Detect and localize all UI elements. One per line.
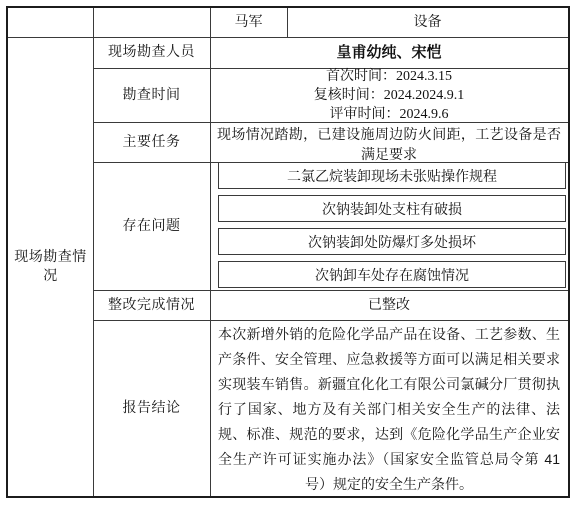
main-task-value-cell: 现场情况踏勘，已建设施周边防火间距，工艺设备是否满足要求 <box>210 122 568 162</box>
site-survey-report-page: 马军 设备 现场勘查情况 现场勘查人员 皇甫幼纯、宋恺 勘查时间 首次时间：20… <box>0 0 575 505</box>
problem-item: 次钠卸车处存在腐蚀情况 <box>218 261 566 288</box>
personnel-label-cell: 现场勘查人员 <box>93 37 210 68</box>
survey-time-label-cell: 勘查时间 <box>93 68 210 122</box>
problem-item: 二氯乙烷装卸现场未张贴操作规程 <box>218 162 566 189</box>
header-category-cell: 设备 <box>287 8 568 37</box>
section-label-cell: 现场勘查情况 <box>8 37 93 496</box>
rectification-value-cell: 已整改 <box>210 290 568 320</box>
first-survey-time: 首次时间：2024.3.15 <box>326 67 452 86</box>
conclusion-label-cell: 报告结论 <box>93 320 210 496</box>
main-task-label-cell: 主要任务 <box>93 122 210 162</box>
survey-time-value-cell: 首次时间：2024.3.15 复核时间：2024.2024.9.1 评审时间：2… <box>210 68 568 122</box>
conclusion-value-cell: 本次新增外销的危险化学品产品在设备、工艺参数、生产条件、安全管理、应急救援等方面… <box>210 320 568 496</box>
assessment-time: 评审时间：2024.9.6 <box>330 105 449 124</box>
main-task-text: 现场情况踏勘，已建设施周边防火间距，工艺设备是否满足要求 <box>210 122 568 166</box>
problem-item: 次钠装卸处支柱有破损 <box>218 195 566 222</box>
review-survey-time: 复核时间：2024.2024.9.1 <box>314 86 465 105</box>
header-reviewer-cell: 马军 <box>210 8 287 37</box>
problem-item: 次钠装卸处防爆灯多处损坏 <box>218 228 566 255</box>
problems-label-cell: 存在问题 <box>93 162 210 290</box>
conclusion-text: 本次新增外销的危险化学品产品在设备、工艺参数、生产条件、安全管理、应急救援等方面… <box>210 320 568 497</box>
personnel-value-cell: 皇甫幼纯、宋恺 <box>210 37 568 68</box>
site-survey-table: 马军 设备 现场勘查情况 现场勘查人员 皇甫幼纯、宋恺 勘查时间 首次时间：20… <box>6 6 570 498</box>
rectification-label-cell: 整改完成情况 <box>93 290 210 320</box>
